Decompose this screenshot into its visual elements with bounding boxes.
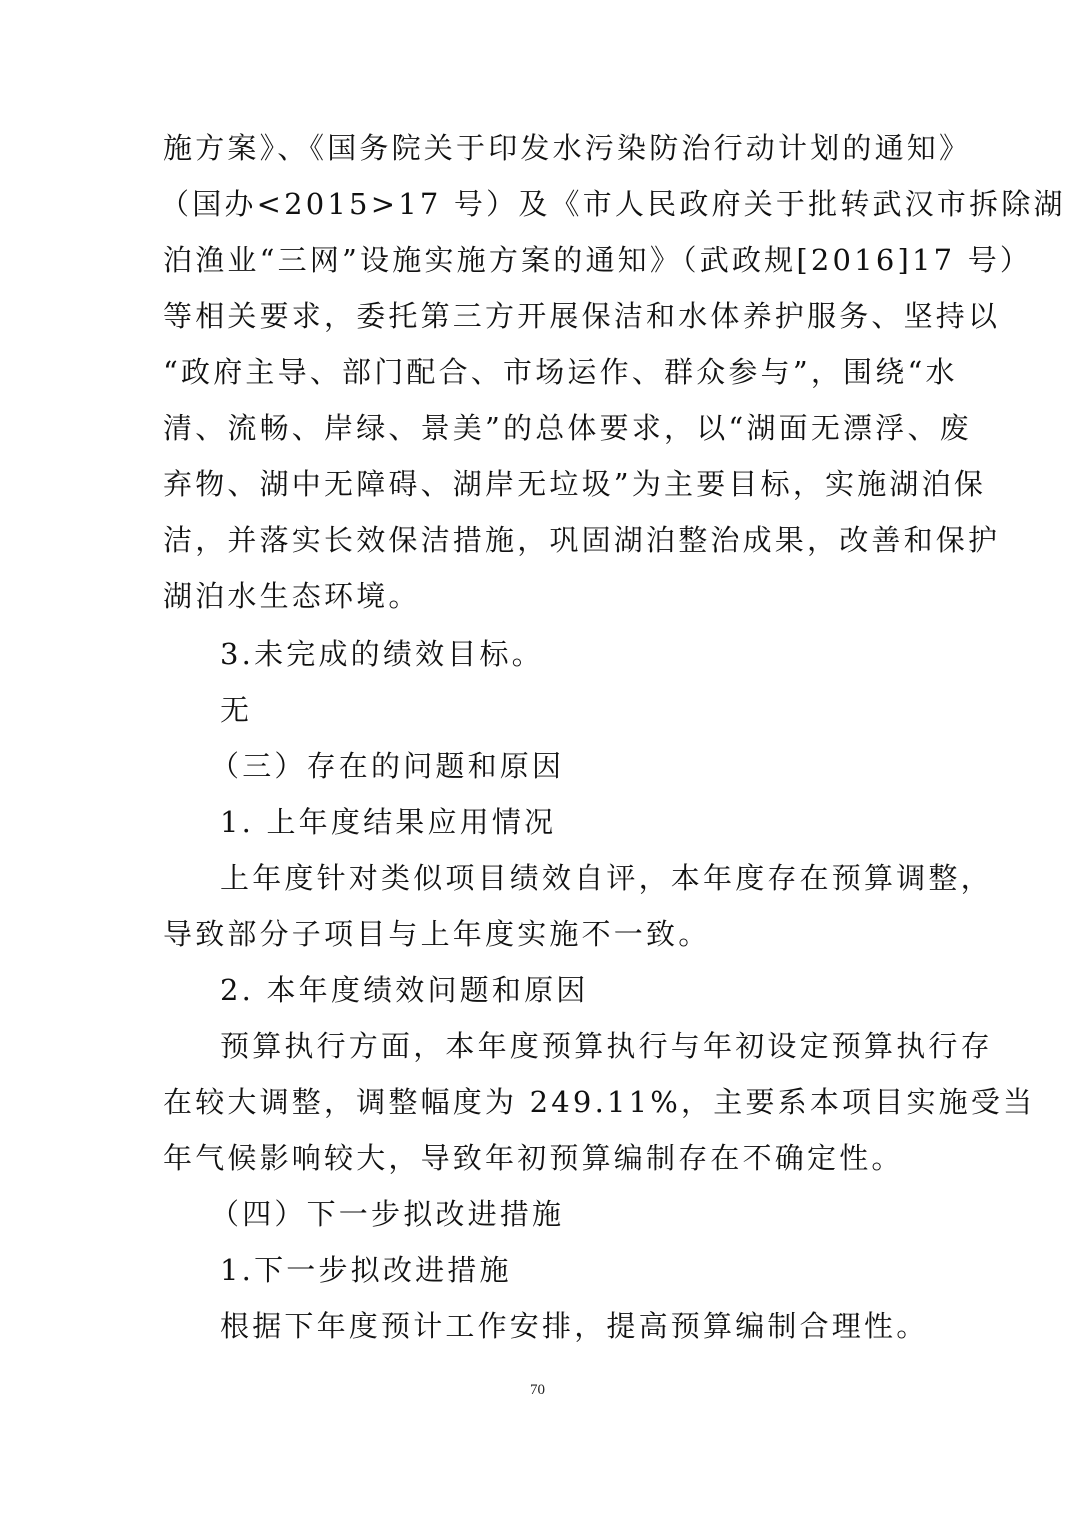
paragraph-line: 上年度针对类似项目绩效自评，本年度存在预算调整， xyxy=(220,858,980,898)
paragraph-line: 年气候影响较大，导致年初预算编制存在不确定性。 xyxy=(163,1138,923,1178)
subsection-heading: 1.下一步拟改进措施 xyxy=(220,1250,980,1290)
subsection-heading: 3.未完成的绩效目标。 xyxy=(220,634,980,674)
paragraph-line: 施方案》、《国务院关于印发水污染防治行动计划的通知》 xyxy=(163,128,923,168)
paragraph-line: 湖泊水生态环境。 xyxy=(163,576,923,616)
subsection-heading: 2. 本年度绩效问题和原因 xyxy=(220,970,980,1010)
paragraph-line: 根据下年度预计工作安排，提高预算编制合理性。 xyxy=(220,1306,980,1346)
paragraph-line: （国办<2015>17 号）及《市人民政府关于批转武汉市拆除湖 xyxy=(160,184,920,224)
paragraph-line: 弃物、湖中无障碍、湖岸无垃圾”为主要目标，实施湖泊保 xyxy=(163,464,923,504)
section-heading: （四）下一步拟改进措施 xyxy=(210,1194,970,1234)
paragraph-line: 无 xyxy=(220,690,980,730)
paragraph-line: 泊渔业“三网”设施实施方案的通知》（武政规[2016]17 号） xyxy=(163,240,923,280)
section-heading: （三）存在的问题和原因 xyxy=(210,746,970,786)
page-number: 70 xyxy=(0,1382,1075,1399)
paragraph-line: 在较大调整，调整幅度为 249.11%，主要系本项目实施受当 xyxy=(163,1082,923,1122)
paragraph-line: “政府主导、部门配合、市场运作、群众参与”，围绕“水 xyxy=(163,352,923,392)
paragraph-line: 清、流畅、岸绿、景美”的总体要求，以“湖面无漂浮、废 xyxy=(163,408,923,448)
paragraph-line: 导致部分子项目与上年度实施不一致。 xyxy=(163,914,923,954)
subsection-heading: 1. 上年度结果应用情况 xyxy=(220,802,980,842)
paragraph-line: 等相关要求，委托第三方开展保洁和水体养护服务、坚持以 xyxy=(163,296,923,336)
paragraph-line: 洁，并落实长效保洁措施，巩固湖泊整治成果，改善和保护 xyxy=(163,520,923,560)
document-page: 施方案》、《国务院关于印发水污染防治行动计划的通知》 （国办<2015>17 号… xyxy=(0,0,1075,1520)
paragraph-line: 预算执行方面，本年度预算执行与年初设定预算执行存 xyxy=(220,1026,980,1066)
